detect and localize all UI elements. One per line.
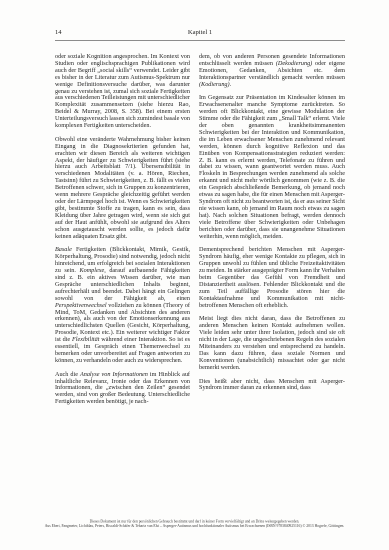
paragraph: oder soziale Kognition angesprochen. Im … bbox=[55, 54, 190, 130]
paragraph: Im Gegensatz zur Präsentation im Kindesa… bbox=[199, 95, 345, 240]
book-page: 14 Kapitel 1 oder soziale Kognition ange… bbox=[0, 0, 389, 550]
paragraph: Basale Fertigkeiten (Blickkontakt, Mimik… bbox=[55, 247, 190, 364]
paragraph: Auch die Analyse von Informationen im Hi… bbox=[55, 372, 190, 407]
paragraph: Meist liegt dies nicht daran, dass die B… bbox=[199, 316, 345, 371]
right-column: dem, ob von anderen Personen gesendete I… bbox=[199, 54, 345, 413]
chapter-header: Kapitel 1 bbox=[55, 29, 345, 37]
running-head: 14 Kapitel 1 bbox=[55, 29, 345, 41]
paragraph: Dementsprechend berichten Menschen mit A… bbox=[199, 247, 345, 309]
paragraph: Dies heißt aber nicht, dass Menschen mit… bbox=[199, 379, 345, 393]
paragraph: dem, ob von anderen Personen gesendete I… bbox=[199, 54, 345, 89]
footer-line-2: Aus Ebert, Fangmeier, Lichtblau, Peters,… bbox=[0, 524, 389, 529]
copyright-footer: Dieses Dokument ist nur für den persönli… bbox=[0, 519, 389, 528]
text-block: oder soziale Kognition angesprochen. Im … bbox=[55, 54, 345, 413]
paragraph: Obwohl eine veränderte Wahrnehmung bishe… bbox=[55, 137, 190, 241]
left-column: oder soziale Kognition angesprochen. Im … bbox=[55, 54, 190, 413]
